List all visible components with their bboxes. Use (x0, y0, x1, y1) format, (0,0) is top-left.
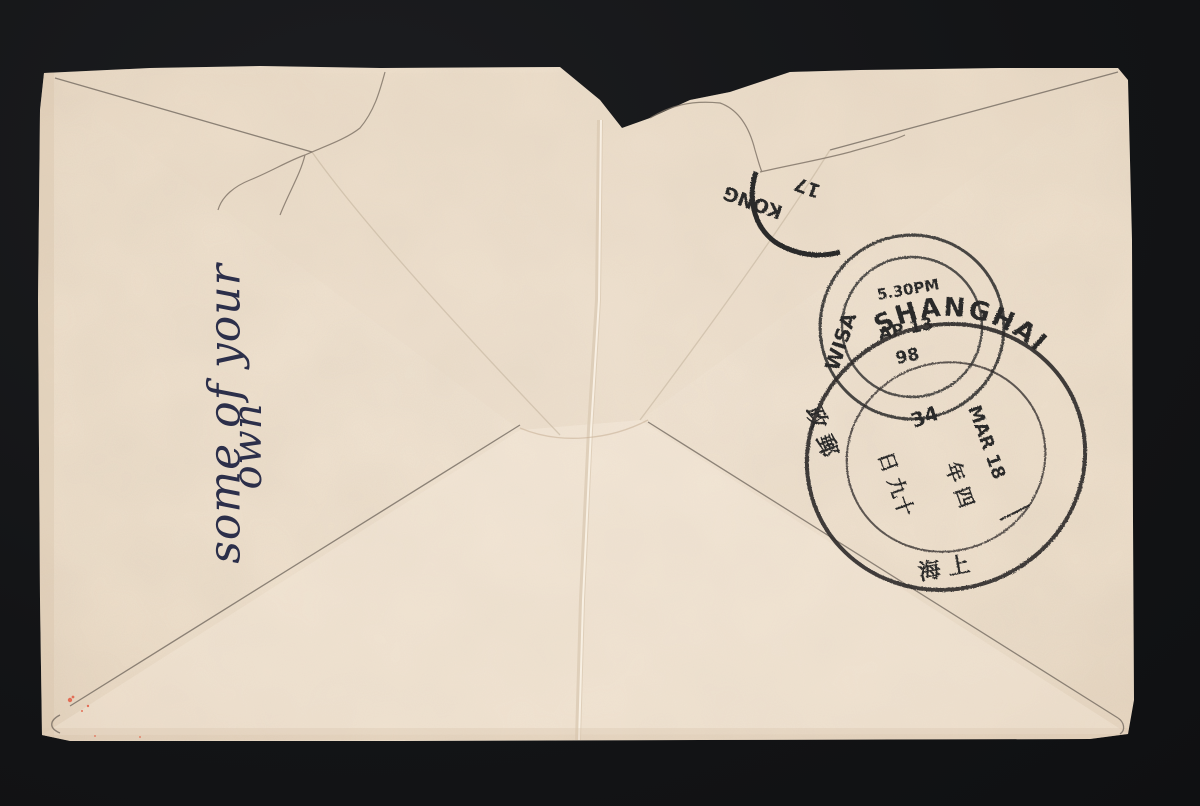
handwritten-note: some of your own (150, 238, 300, 578)
envelope-back: KONG 17 WISA 5.30PM AP 13 98 SHANGHAI MA… (0, 0, 1200, 806)
handwriting-line-2: own (225, 276, 271, 616)
